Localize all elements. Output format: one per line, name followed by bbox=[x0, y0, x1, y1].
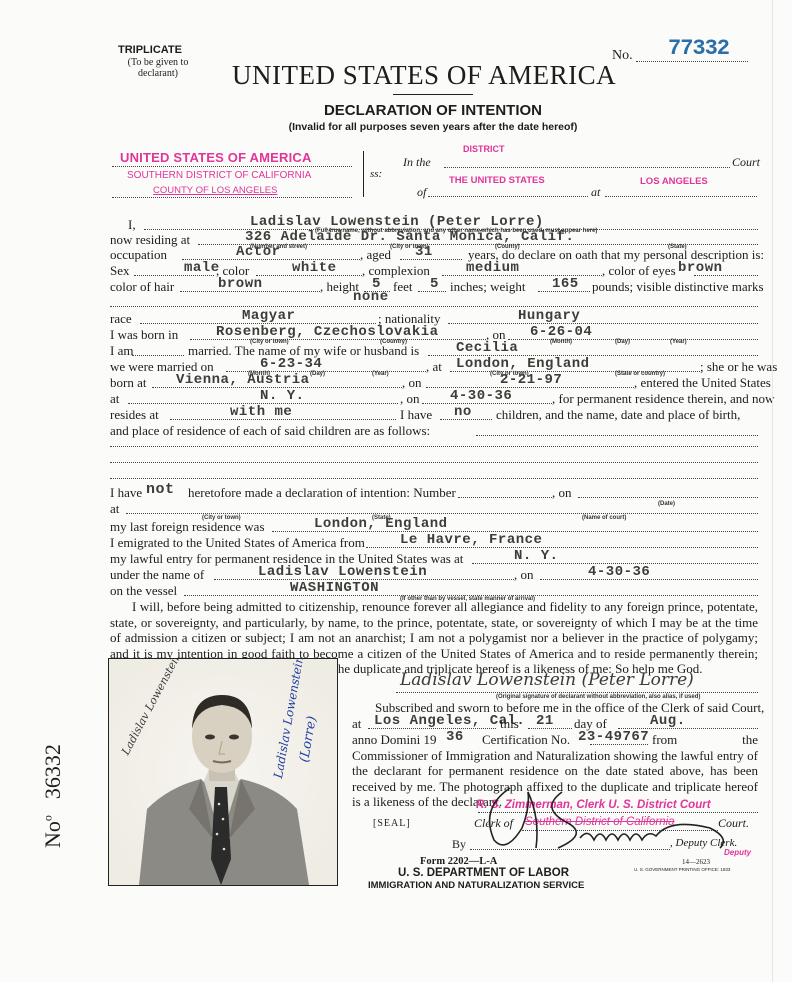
declarant-photo: Ladislav Lowenstein Ladislav Lowenstein … bbox=[108, 658, 338, 886]
spouse-birth-date: 2-21-97 bbox=[500, 372, 562, 388]
page-title: UNITED STATES OF AMERICA bbox=[232, 60, 616, 91]
hint-prior-date: (Date) bbox=[658, 501, 675, 507]
color: white bbox=[292, 260, 337, 276]
have-label: I have bbox=[400, 407, 432, 423]
spouse-birthplace: Vienna, Austria bbox=[176, 372, 310, 388]
height-inches: 5 bbox=[430, 276, 439, 292]
residence: 326 Adelaide Dr. Santa Monica, Calif. bbox=[245, 229, 574, 245]
clerk-signature bbox=[470, 778, 770, 854]
under-date: 4-30-36 bbox=[588, 564, 650, 580]
birth-date: 6-26-04 bbox=[530, 324, 592, 340]
photo-serial: Noo36332 bbox=[38, 700, 68, 850]
age: 31 bbox=[415, 244, 433, 260]
married-place: London, England bbox=[456, 356, 590, 372]
entered-label: , entered the United States bbox=[634, 375, 771, 391]
this-label: this bbox=[500, 716, 519, 732]
court-of-stamp: THE UNITED STATES bbox=[449, 175, 545, 186]
by-label: By bbox=[452, 837, 466, 852]
she-he-label: ; she or he was bbox=[700, 359, 777, 375]
born-label: I was born in bbox=[110, 327, 178, 343]
married-at-label: , at bbox=[426, 359, 442, 375]
prior-at-label: at bbox=[110, 501, 119, 517]
venue-stamp-line1: UNITED STATES OF AMERICA bbox=[120, 150, 312, 165]
court-label: Court bbox=[732, 155, 760, 170]
service: IMMIGRATION AND NATURALIZATION SERVICE bbox=[368, 880, 584, 891]
complexion: medium bbox=[466, 260, 519, 276]
children-count: no bbox=[454, 404, 472, 420]
sex: male bbox=[184, 260, 220, 276]
race-label: race bbox=[110, 311, 132, 327]
aged-label: , aged bbox=[360, 247, 391, 263]
form-number: Form 2202—L-A bbox=[420, 856, 497, 867]
of-label: of bbox=[417, 185, 426, 200]
under-on-label: , on bbox=[514, 567, 534, 583]
spouse-residence: with me bbox=[230, 404, 292, 420]
vessel-label: on the vessel bbox=[110, 583, 177, 599]
marks: none bbox=[353, 289, 389, 305]
document-number: 77332 bbox=[668, 36, 729, 61]
married-date: 6-23-34 bbox=[260, 356, 322, 372]
last-residence: London, England bbox=[314, 516, 448, 532]
emigrated-label: I emigrated to the United States of Amer… bbox=[110, 535, 365, 551]
copy-type: TRIPLICATE bbox=[118, 44, 182, 56]
sex-label: Sex bbox=[110, 263, 130, 279]
residing-label: now residing at bbox=[110, 232, 190, 248]
at-label: at bbox=[591, 185, 600, 200]
print-code: 14—2623 bbox=[682, 858, 710, 866]
i-am-label: I am bbox=[110, 343, 133, 359]
spouse-name: Cecilia bbox=[456, 340, 518, 356]
jurat-at-label: at bbox=[352, 716, 361, 732]
children-text: children, and the name, date and place o… bbox=[496, 407, 740, 423]
last-residence-label: my last foreign residence was bbox=[110, 519, 265, 535]
under-name-label: under the name of bbox=[110, 567, 204, 583]
entry-on-label: , on bbox=[400, 391, 420, 407]
department: U. S. DEPARTMENT OF LABOR bbox=[398, 867, 569, 879]
serial-number: 36332 bbox=[40, 744, 65, 799]
venue-stamp-line2: SOUTHERN DISTRICT OF CALIFORNIA bbox=[127, 170, 311, 181]
race: Magyar bbox=[242, 308, 295, 324]
validity-note: (Invalid for all purposes seven years af… bbox=[0, 121, 792, 133]
pounds-label: pounds; visible distinctive marks bbox=[592, 279, 764, 295]
feet-label: feet bbox=[393, 279, 412, 295]
eyes-label: , color of eyes bbox=[602, 263, 676, 279]
spouse-on-label: , on bbox=[402, 375, 422, 391]
under-name: Ladislav Lowenstein bbox=[258, 564, 427, 580]
in-the-label: In the bbox=[403, 155, 431, 170]
entry-date: 4-30-36 bbox=[450, 388, 512, 404]
spouse-born-label: born at bbox=[110, 375, 146, 391]
hair-label: color of hair bbox=[110, 279, 174, 295]
court-at-stamp: LOS ANGELES bbox=[640, 176, 708, 187]
entry-place: N. Y. bbox=[260, 388, 305, 404]
printing-office: U. S. GOVERNMENT PRINTING OFFICE: 1933 bbox=[634, 867, 730, 872]
children-follows: and place of residence of each of said c… bbox=[110, 423, 430, 439]
entered-at-label: at bbox=[110, 391, 119, 407]
lawful-entry-place: N. Y. bbox=[514, 548, 559, 564]
resides-label: resides at bbox=[110, 407, 159, 423]
court-type-stamp: DISTRICT bbox=[463, 144, 505, 154]
form-title: DECLARATION OF INTENTION bbox=[0, 102, 792, 119]
ss-label: ss: bbox=[370, 168, 382, 180]
vessel: WASHINGTON bbox=[290, 580, 379, 596]
prior-not: not bbox=[146, 481, 175, 498]
declaration-text: heretofore made a declaration of intenti… bbox=[188, 485, 456, 501]
occupation-label: occupation bbox=[110, 247, 167, 263]
eyes: brown bbox=[678, 260, 723, 276]
seal-label: [SEAL] bbox=[373, 818, 411, 829]
copy-note: (To be given to declarant) bbox=[113, 57, 203, 79]
inches-label: inches; weight bbox=[450, 279, 525, 295]
prior-have-label: I have bbox=[110, 485, 142, 501]
venue-stamp-line3: COUNTY OF LOS ANGELES bbox=[153, 185, 277, 196]
i-label: I, bbox=[128, 217, 136, 233]
jurat-month: Aug. bbox=[650, 713, 686, 729]
prior-on-label: , on bbox=[552, 485, 572, 501]
nationality: Hungary bbox=[518, 308, 580, 324]
weight: 165 bbox=[552, 276, 579, 292]
permanent-label: , for permanent residence therein, and n… bbox=[552, 391, 774, 407]
jurat-day: 21 bbox=[536, 713, 554, 729]
occupation: Actor bbox=[236, 244, 281, 260]
emigrated-from: Le Havre, France bbox=[400, 532, 542, 548]
portrait-image bbox=[109, 659, 337, 885]
declarant-signature: Ladislav Lowenstein (Peter Lorre) bbox=[400, 670, 694, 690]
birthplace: Rosenberg, Czechoslovakia bbox=[216, 324, 439, 340]
serial-label: No bbox=[40, 821, 65, 848]
hair: brown bbox=[218, 276, 263, 292]
